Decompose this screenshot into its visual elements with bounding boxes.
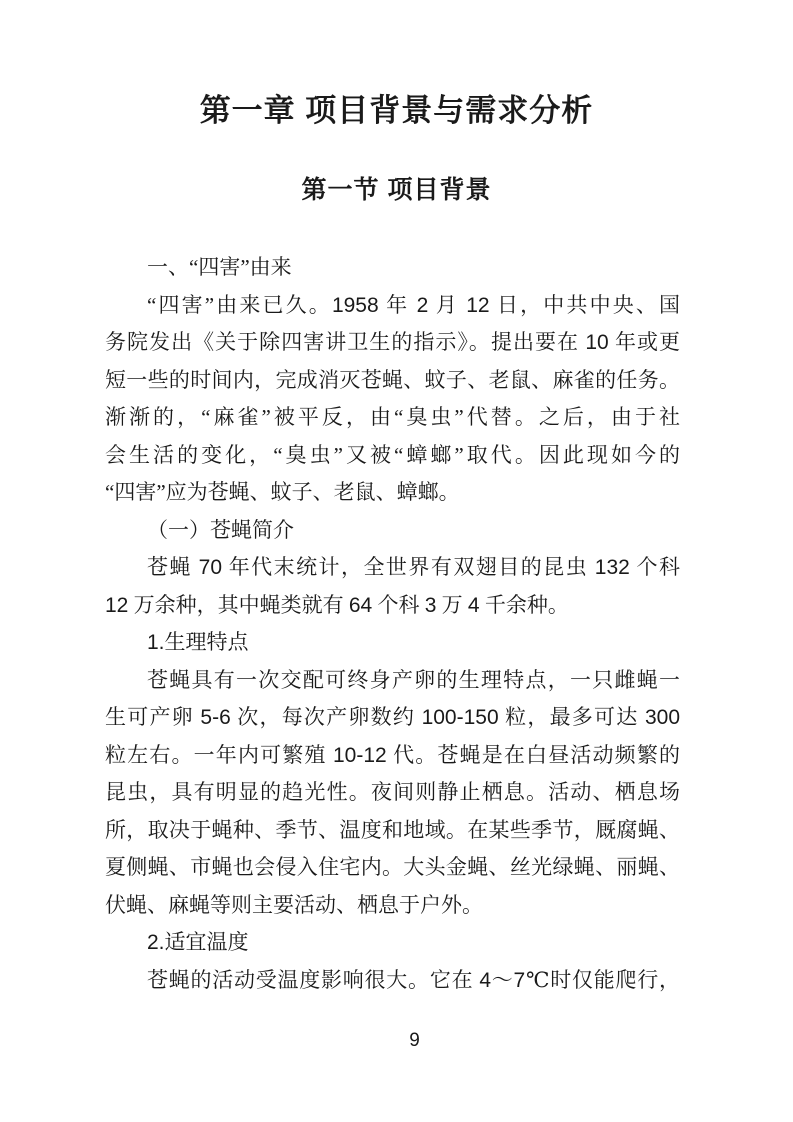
chapter-title: 第一章 项目背景与需求分析 xyxy=(0,90,793,132)
text-line: “四害”由来已久。1958 年 2 月 12 日，中共中央、国 xyxy=(105,287,680,325)
text-line: “四害”应为苍蝇、蚊子、老鼠、蟑螂。 xyxy=(105,474,680,512)
page-number: 9 xyxy=(0,1028,793,1054)
text-line: 会生活的变化，“臭虫”又被“蟑螂”取代。因此现如今的 xyxy=(105,437,680,475)
document-page: 第一章 项目背景与需求分析 第一节 项目背景 一、“四害”由来 “四害”由来已久… xyxy=(0,0,793,1122)
text-line-heading: （一）苍蝇简介 xyxy=(105,512,680,550)
text-line: 苍蝇 70 年代末统计，全世界有双翅目的昆虫 132 个科 xyxy=(105,549,680,587)
text-line: 渐渐的，“麻雀”被平反，由“臭虫”代替。之后，由于社 xyxy=(105,399,680,437)
text-line: 苍蝇具有一次交配可终身产卵的生理特点，一只雌蝇一 xyxy=(105,662,680,700)
text-line-heading: 1.生理特点 xyxy=(105,624,680,662)
text-line: 12 万余种，其中蝇类就有 64 个科 3 万 4 千余种。 xyxy=(105,587,680,625)
body-text: 一、“四害”由来 “四害”由来已久。1958 年 2 月 12 日，中共中央、国… xyxy=(105,249,680,999)
text-line: 短一些的时间内，完成消灭苍蝇、蚊子、老鼠、麻雀的任务。 xyxy=(105,362,680,400)
text-line: 所，取决于蝇种、季节、温度和地域。在某些季节，厩腐蝇、 xyxy=(105,812,680,850)
text-line: 粒左右。一年内可繁殖 10-12 代。苍蝇是在白昼活动频繁的 xyxy=(105,737,680,775)
text-line: 夏侧蝇、市蝇也会侵入住宅内。大头金蝇、丝光绿蝇、丽蝇、 xyxy=(105,849,680,887)
text-line: 生可产卵 5-6 次，每次产卵数约 100-150 粒，最多可达 300 xyxy=(105,699,680,737)
text-line: 苍蝇的活动受温度影响很大。它在 4～7℃时仅能爬行， xyxy=(105,962,680,1000)
text-line-heading: 2.适宜温度 xyxy=(105,924,680,962)
text-line: 昆虫，具有明显的趋光性。夜间则静止栖息。活动、栖息场 xyxy=(105,774,680,812)
section-title: 第一节 项目背景 xyxy=(0,174,793,206)
text-line: 伏蝇、麻蝇等则主要活动、栖息于户外。 xyxy=(105,887,680,925)
text-line: 务院发出《关于除四害讲卫生的指示》。提出要在 10 年或更 xyxy=(105,324,680,362)
text-line-heading: 一、“四害”由来 xyxy=(105,249,680,287)
